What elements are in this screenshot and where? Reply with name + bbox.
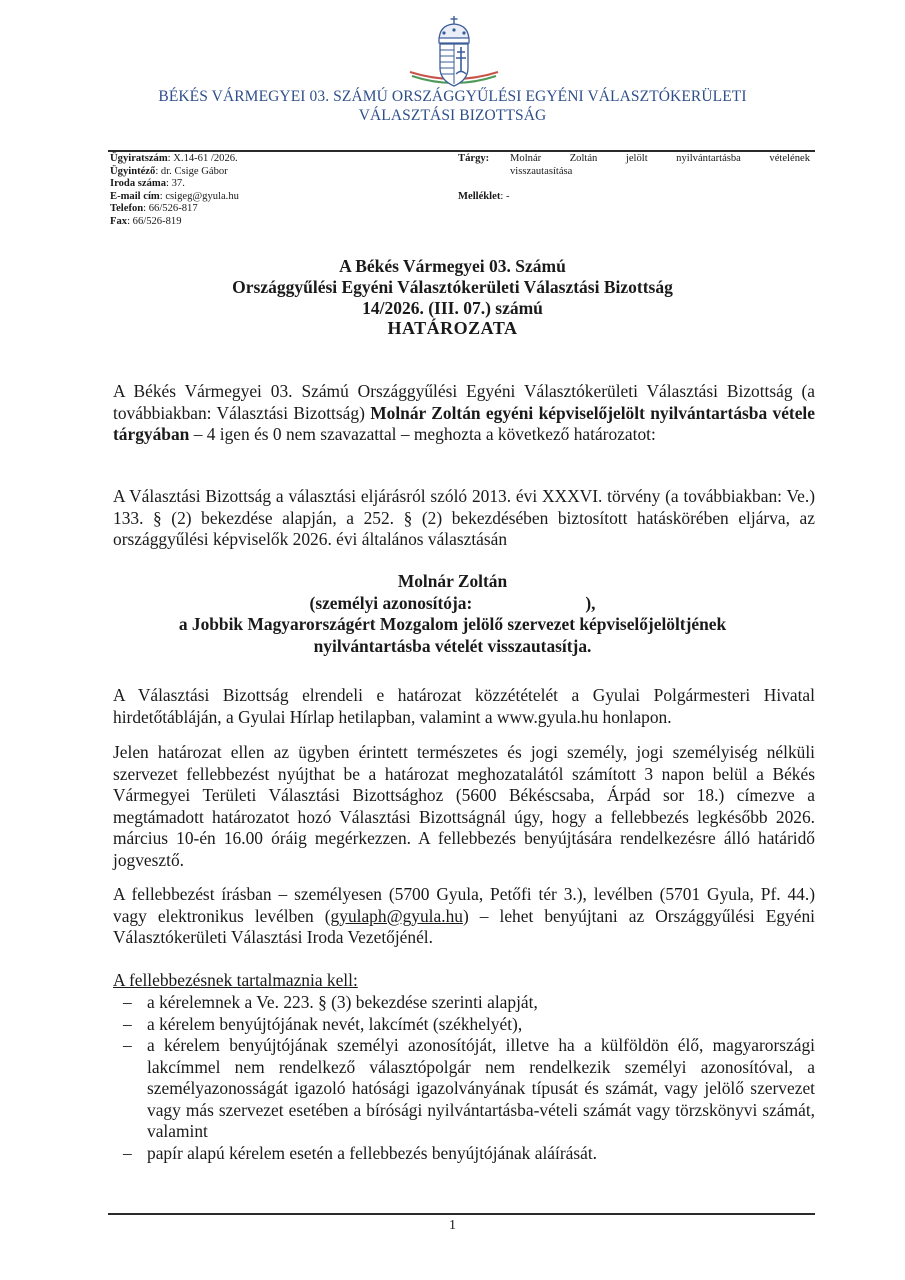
verdict-line: nyilvántartásba vételét visszautasítja. (0, 636, 905, 658)
dash-bullet-icon: – (113, 1143, 147, 1165)
dash-bullet-icon: – (113, 1014, 147, 1036)
meta-administrator: Ügyintéző: dr. Csige Gábor (110, 166, 239, 179)
decision-statement: Molnár Zoltán (személyi azonosítója: ), … (0, 571, 905, 657)
list-item: –a kérelem benyújtójának nevét, lakcímét… (113, 1014, 815, 1036)
dash-bullet-icon: – (113, 1035, 147, 1143)
case-metadata: Ügyiratszám: X.14-61 /2026. Ügyintéző: d… (110, 153, 239, 229)
publication-paragraph: A Választási Bizottság elrendeli e határ… (113, 685, 815, 728)
committee-subtitle: VÁLASZTÁSI BIZOTTSÁG (0, 107, 905, 125)
meta-fax: Fax: 66/526-819 (110, 216, 239, 229)
meta-phone: Telefon: 66/526-817 (110, 203, 239, 216)
legal-basis-paragraph: A Választási Bizottság a választási eljá… (113, 486, 815, 551)
requirements-list: –a kérelemnek a Ve. 223. § (3) bekezdése… (113, 992, 815, 1164)
appeal-email-link[interactable]: gyulaph@gyula.hu (331, 906, 463, 926)
personal-id-line: (személyi azonosítója: ), (0, 593, 905, 615)
list-item: –a kérelemnek a Ve. 223. § (3) bekezdése… (113, 992, 815, 1014)
page-number: 1 (0, 1218, 905, 1234)
appeal-paragraph: Jelen határozat ellen az ügyben érintett… (113, 742, 815, 871)
list-item: –papír alapú kérelem esetén a fellebbezé… (113, 1143, 815, 1165)
hungarian-coat-of-arms-icon (406, 14, 502, 96)
subject-text-continued: visszautasítása (458, 166, 810, 179)
decision-title: HATÁROZATA (0, 318, 905, 339)
meta-case-number: Ügyiratszám: X.14-61 /2026. (110, 153, 239, 166)
nominating-org-line: a Jobbik Magyarországért Mozgalom jelölő… (0, 614, 905, 636)
attachment-row: Melléklet: - (458, 191, 810, 204)
subject-label: Tárgy: (458, 153, 510, 166)
committee-title: BÉKÉS VÁRMEGYEI 03. SZÁMÚ ORSZÁGGYŰLÉSI … (0, 88, 905, 106)
decision-heading: A Békés Vármegyei 03. Számú Országgyűlés… (0, 256, 905, 319)
meta-email: E-mail cím: csigeg@gyula.hu (110, 191, 239, 204)
subject-block: Tárgy: Molnár Zoltán jelölt nyilvántartá… (458, 153, 810, 204)
footer-divider (108, 1213, 815, 1215)
subject-text: Molnár Zoltán jelölt nyilvántartásba vét… (510, 153, 810, 166)
intro-paragraph: A Békés Vármegyei 03. Számú Országgyűlés… (113, 381, 815, 446)
list-item: –a kérelem benyújtójának személyi azonos… (113, 1035, 815, 1143)
dash-bullet-icon: – (113, 992, 147, 1014)
candidate-name: Molnár Zoltán (0, 571, 905, 593)
header-divider (108, 150, 815, 152)
requirements-heading: A fellebbezésnek tartalmaznia kell: (113, 970, 358, 992)
meta-office-number: Iroda száma: 37. (110, 178, 239, 191)
appeal-submission-paragraph: A fellebbezést írásban – személyesen (57… (113, 884, 815, 949)
